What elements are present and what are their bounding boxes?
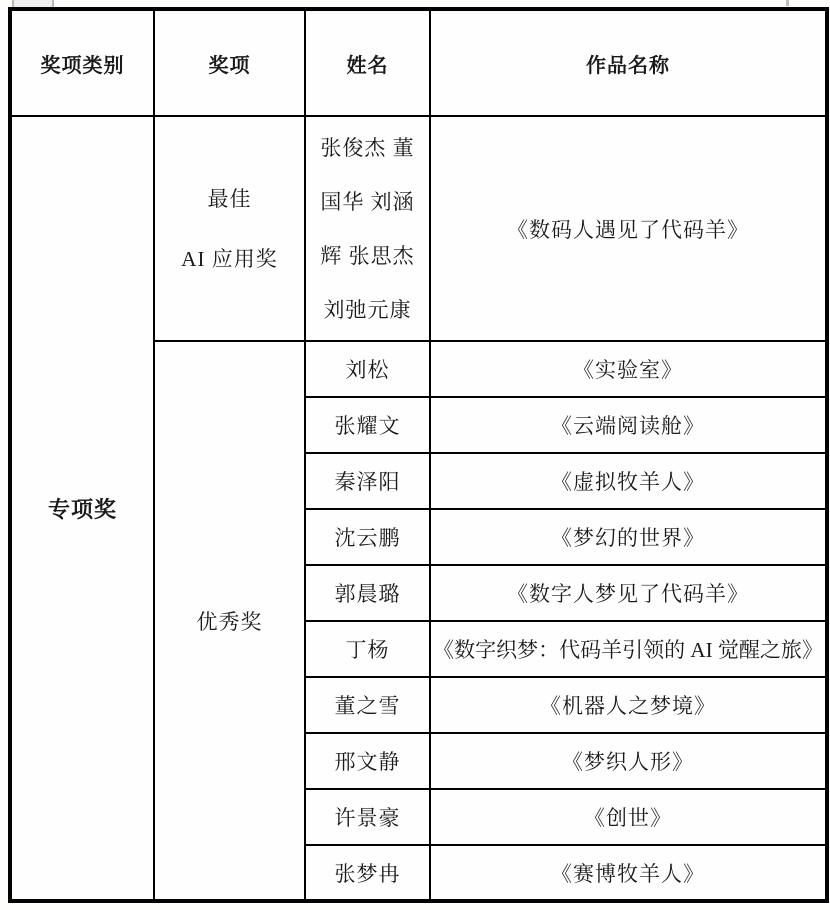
header-award: 奖项 <box>154 9 305 116</box>
cell-winner-name: 郭晨璐 <box>305 565 430 621</box>
cell-winner-name: 秦泽阳 <box>305 453 430 509</box>
cell-work-title: 《虚拟牧羊人》 <box>430 453 827 509</box>
cell-winner-name: 张梦冉 <box>305 845 430 901</box>
header-work-title: 作品名称 <box>430 9 827 116</box>
awards-table: 奖项类别 奖项 姓名 作品名称 专项奖 最佳 AI 应用奖 张俊杰 董 国华 刘… <box>8 7 829 903</box>
header-award-category: 奖项类别 <box>10 9 154 116</box>
table-header-row: 奖项类别 奖项 姓名 作品名称 <box>10 9 827 116</box>
cell-work-title: 《实验室》 <box>430 341 827 397</box>
cell-winner-name: 董之雪 <box>305 677 430 733</box>
cell-work-title: 《赛博牧羊人》 <box>430 845 827 901</box>
cell-work-title: 《数字人梦见了代码羊》 <box>430 565 827 621</box>
cell-work-title: 《梦织人形》 <box>430 733 827 789</box>
cell-winner-name: 丁杨 <box>305 621 430 677</box>
table-row-best-ai-award: 专项奖 最佳 AI 应用奖 张俊杰 董 国华 刘涵 辉 张思杰 刘弛元康 《数码… <box>10 116 827 341</box>
cell-award-excellence: 优秀奖 <box>154 341 305 901</box>
cell-winner-name: 刘松 <box>305 341 430 397</box>
cell-award-best-ai: 最佳 AI 应用奖 <box>154 116 305 341</box>
cell-winner-name: 沈云鹏 <box>305 509 430 565</box>
cell-work-best-ai: 《数码人遇见了代码羊》 <box>430 116 827 341</box>
page: 奖项类别 奖项 姓名 作品名称 专项奖 最佳 AI 应用奖 张俊杰 董 国华 刘… <box>0 0 830 910</box>
header-name: 姓名 <box>305 9 430 116</box>
cell-work-title: 《云端阅读舱》 <box>430 397 827 453</box>
cell-work-title: 《梦幻的世界》 <box>430 509 827 565</box>
cropped-ui-artifact-right <box>786 0 789 6</box>
cell-winner-name: 邢文静 <box>305 733 430 789</box>
cell-winner-name: 许景豪 <box>305 789 430 845</box>
cell-names-best-ai-team: 张俊杰 董 国华 刘涵 辉 张思杰 刘弛元康 <box>305 116 430 341</box>
cell-work-title: 《机器人之梦境》 <box>430 677 827 733</box>
cell-work-title: 《创世》 <box>430 789 827 845</box>
cell-winner-name: 张耀文 <box>305 397 430 453</box>
cell-work-title: 《数字织梦：代码羊引领的 AI 觉醒之旅》 <box>430 621 827 677</box>
cell-category-special-award: 专项奖 <box>10 116 154 901</box>
